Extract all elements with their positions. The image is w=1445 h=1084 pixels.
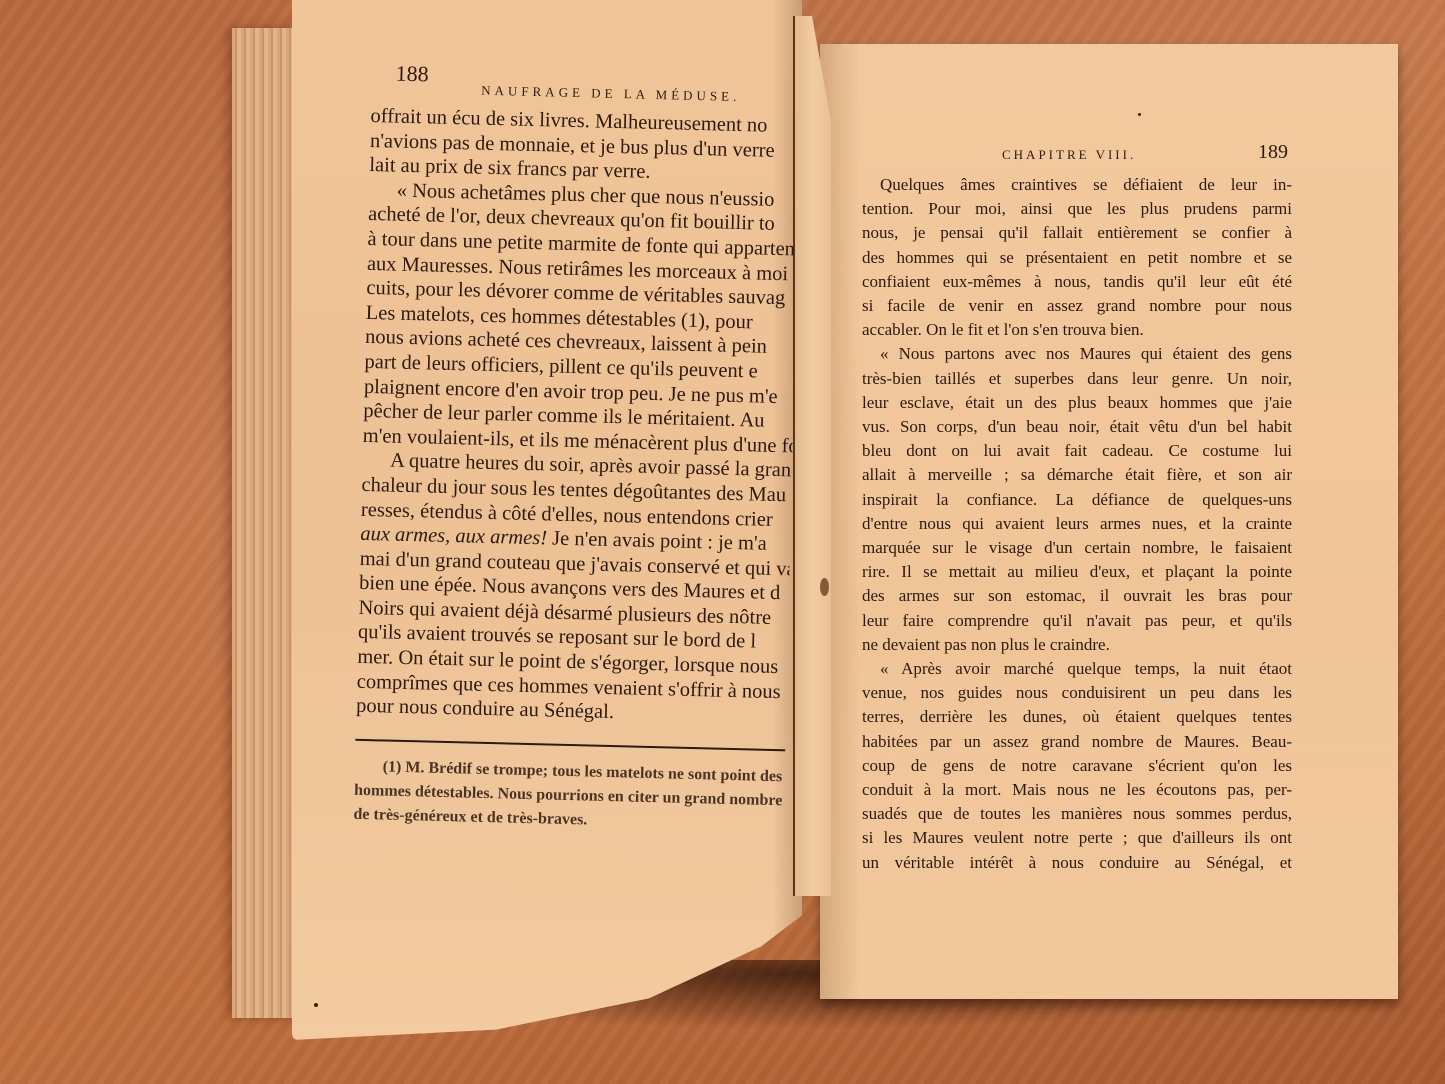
- text-line: terres, derrière les dunes, où étaient q…: [862, 705, 1292, 729]
- text-line: confiaient eux-mêmes à nous, tandis qu'i…: [862, 270, 1292, 294]
- right-page-body: Quelques âmes craintives se défiaient de…: [862, 173, 1292, 875]
- text-line: Quelques âmes craintives se défiaient de…: [862, 173, 1292, 197]
- running-head: NAUFRAGE DE LA MÉDUSE.: [481, 83, 740, 105]
- text-line: si facile de venir en assez grand nombre…: [862, 294, 1292, 318]
- text-line: leur faire comprendre qu'il n'avait pas …: [862, 609, 1292, 633]
- text-line: conduit à la mort. Mais nous ne les écou…: [862, 778, 1292, 802]
- text-line: d'entre nous qui avaient leurs armes nue…: [862, 512, 1292, 536]
- text-line: nous, je pensai qu'il fallait entièremen…: [862, 221, 1292, 245]
- text-line: leur esclave, était un des plus beaux ho…: [862, 391, 1292, 415]
- text-line: rire. Il se mettait au milieu d'eux, et …: [862, 560, 1292, 584]
- text-line: tention. Pour moi, ainsi que les plus pr…: [862, 197, 1292, 221]
- page-speck: [1138, 113, 1141, 116]
- text-line: inspirait la confiance. La défiance de q…: [862, 488, 1292, 512]
- text-line: un véritable intérêt à nous conduire au …: [862, 851, 1292, 875]
- page-number: 189: [1258, 141, 1288, 164]
- italic-phrase: aux armes, aux armes!: [360, 523, 547, 550]
- running-head: CHAPITRE VIII.: [1002, 147, 1136, 163]
- text-line: très-bien taillés et superbes dans leur …: [862, 367, 1292, 391]
- text-span: Je n'en avais point : je m'a: [547, 528, 767, 555]
- text-line: accabler. On le fit et l'on s'en trouva …: [862, 318, 1292, 342]
- text-line: bleu dont on lui avait fait cadeau. Ce c…: [862, 439, 1292, 463]
- text-line: allait à merveille ; sa démarche était f…: [862, 463, 1292, 487]
- book-page-edges: [232, 28, 298, 1018]
- text-line: suadés que de toutes les manières nous s…: [862, 802, 1292, 826]
- page-stain: [820, 578, 829, 596]
- text-line: vus. Son corps, d'un beau noir, était vê…: [862, 415, 1292, 439]
- text-line: coup de gens de notre caravane s'écrient…: [862, 754, 1292, 778]
- text-line: si les Maures veulent notre perte ; que …: [862, 826, 1292, 850]
- text-line: des armes sur son estomac, il ouvrait le…: [862, 584, 1292, 608]
- text-line: habitées par un assez grand nombre de Ma…: [862, 730, 1292, 754]
- text-line: « Nous partons avec nos Maures qui étaie…: [862, 342, 1292, 366]
- text-line: marquée sur le visage d'un certain nombr…: [862, 536, 1292, 560]
- text-line: venue, nos guides nous conduisirent un p…: [862, 681, 1292, 705]
- text-line: ne devaient pas non plus le craindre.: [862, 633, 1292, 657]
- left-page-body: offrait un écu de six livres. Malheureus…: [353, 104, 802, 837]
- text-line: des hommes qui se présentaient en petit …: [862, 246, 1292, 270]
- left-page: 188 NAUFRAGE DE LA MÉDUSE. offrait un éc…: [351, 58, 802, 928]
- footnote-rule: [351, 738, 789, 751]
- page-number: 188: [395, 61, 429, 88]
- text-line: « Après avoir marché quelque temps, la n…: [862, 657, 1292, 681]
- page-speck: [314, 1003, 318, 1007]
